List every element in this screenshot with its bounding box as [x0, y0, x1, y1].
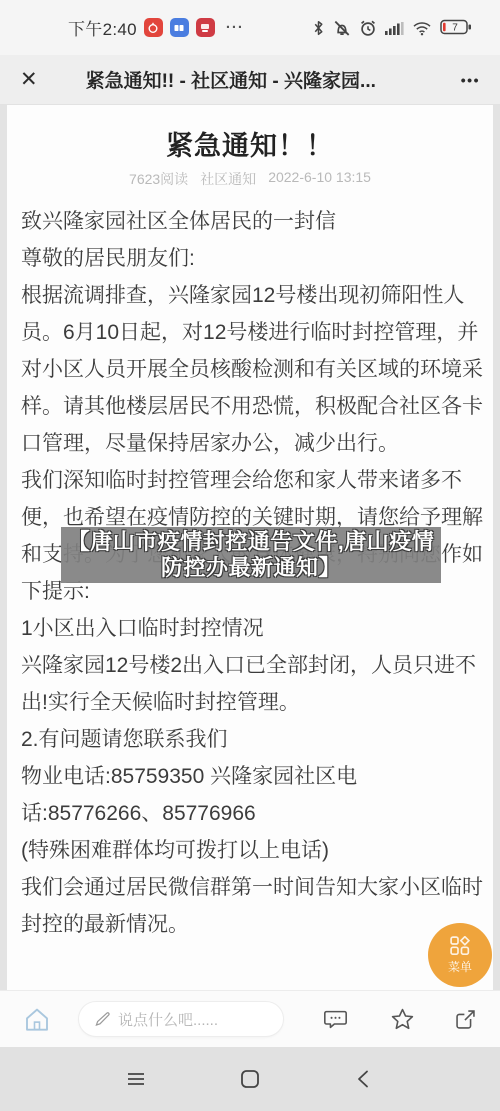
signal-icon	[385, 20, 404, 36]
article-line: 我们深知临时封控管理会给您和家人带来诸多不	[21, 462, 479, 499]
menu-fab[interactable]: 菜单	[428, 923, 492, 987]
read-count: 7623阅读	[129, 169, 188, 189]
article-title: 紧急通知！！	[7, 129, 493, 163]
back-chevron-icon[interactable]	[352, 1067, 376, 1091]
comment-input[interactable]: 说点什么吧......	[78, 1001, 284, 1037]
article-meta: 7623阅读 社区通知 2022-6-10 13:15	[7, 169, 493, 189]
page-title: 紧急通知!! - 社区通知 - 兴隆家园...	[86, 66, 461, 93]
article-line: 对小区人员开展全员核酸检测和有关区域的环境采	[21, 351, 479, 388]
grid-menu-icon	[450, 936, 470, 956]
comments-icon[interactable]	[322, 1006, 349, 1033]
status-bar-right: 7	[312, 19, 472, 37]
bluetooth-icon	[312, 19, 325, 37]
more-menu-icon[interactable]: •••	[461, 72, 480, 88]
menu-fab-label: 菜单	[448, 958, 472, 975]
notification-overflow-dots: ···	[226, 19, 244, 36]
red-app-icon	[196, 18, 215, 37]
article-line: 物业电话:85759350 兴隆家园社区电	[21, 758, 479, 795]
article-datetime: 2022-6-10 13:15	[268, 169, 371, 189]
mute-icon	[333, 19, 351, 37]
article-line: 员。6月10日起，对12号楼进行临时封控管理，并	[21, 314, 479, 351]
article-line: 封控的最新情况。	[21, 906, 479, 943]
article-line: 致兴隆家园社区全体居民的一封信	[21, 203, 479, 240]
recents-menu-icon[interactable]	[124, 1067, 148, 1091]
comment-placeholder: 说点什么吧......	[118, 1009, 218, 1030]
article-line: 样。请其他楼层居民不用恐慌，积极配合社区各卡	[21, 388, 479, 425]
bottom-toolbar: 说点什么吧......	[0, 990, 500, 1047]
status-bar: 下午2:40 ··· 7	[0, 0, 500, 55]
article-line: 兴隆家园12号楼2出入口已全部封闭，人员只进不	[21, 647, 479, 684]
browser-title-bar: ✕ 紧急通知!! - 社区通知 - 兴隆家园... •••	[0, 55, 500, 105]
pen-icon	[93, 1011, 110, 1028]
article-line: 话:85776266、85776966	[21, 795, 479, 832]
home-square-icon[interactable]	[238, 1067, 262, 1091]
timer-app-icon	[144, 18, 163, 37]
article-category: 社区通知	[200, 169, 256, 189]
phone-screen: 下午2:40 ··· 7	[0, 0, 500, 1111]
blue-app-icon	[170, 18, 189, 37]
status-bar-left: 下午2:40 ···	[68, 15, 244, 40]
article-line: 口管理，尽量保持居家办公，减少出行。	[21, 425, 479, 462]
article-line: (特殊困难群体均可拨打以上电话)	[21, 832, 479, 869]
article-line: 根据流调排查，兴隆家园12号楼出现初筛阳性人	[21, 277, 479, 314]
close-icon[interactable]: ✕	[20, 67, 38, 92]
article-line: 2.有问题请您联系我们	[21, 721, 479, 758]
article-line: 出!实行全天候临时封控管理。	[21, 684, 479, 721]
android-nav-bar	[0, 1047, 500, 1111]
watermark-overlay: 【唐山市疫情封控通告文件,唐山疫情防控办最新通知】	[61, 527, 441, 583]
article-line: 1小区出入口临时封控情况	[21, 610, 479, 647]
favorite-star-icon[interactable]	[389, 1006, 416, 1033]
share-icon[interactable]	[452, 1006, 479, 1033]
battery-percent-text: 7	[452, 23, 458, 34]
status-time: 下午2:40	[68, 15, 137, 40]
article-line: 尊敬的居民朋友们:	[21, 240, 479, 277]
article-page: 紧急通知！！ 7623阅读 社区通知 2022-6-10 13:15 致兴隆家园…	[7, 105, 493, 990]
alarm-icon	[359, 19, 377, 37]
article-line: 我们会通过居民微信群第一时间告知大家小区临时	[21, 869, 479, 906]
wifi-icon	[412, 20, 432, 36]
battery-icon: 7	[440, 19, 472, 36]
home-icon[interactable]	[22, 1004, 52, 1034]
